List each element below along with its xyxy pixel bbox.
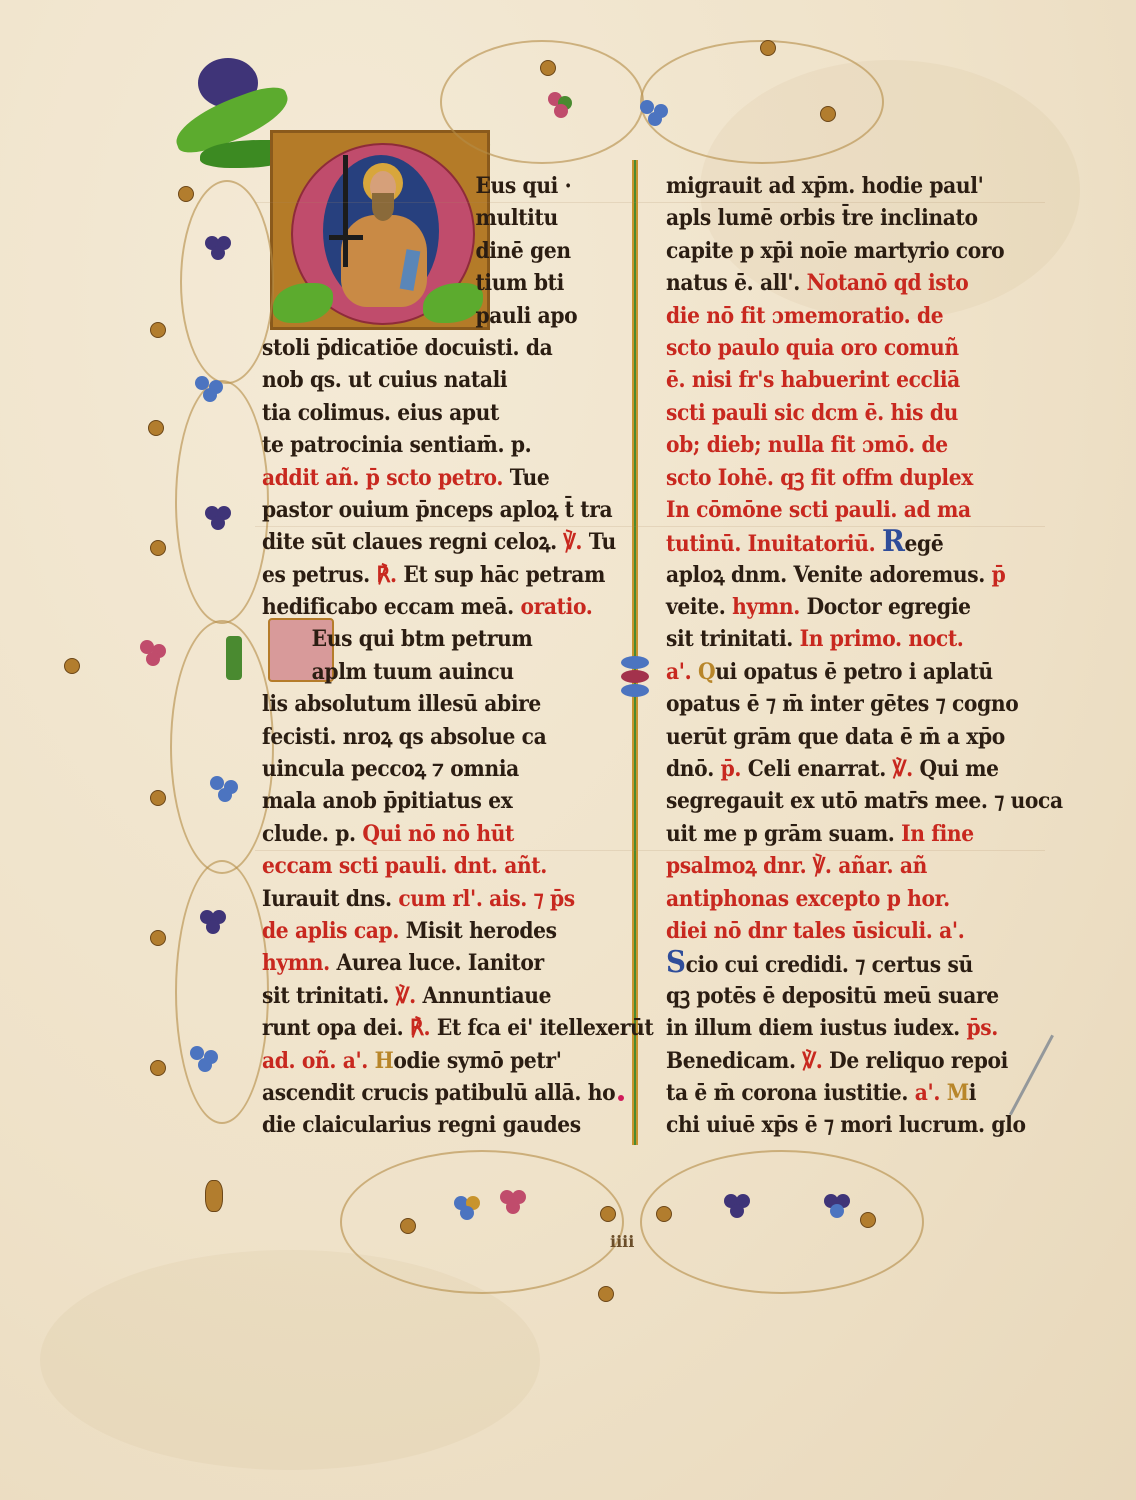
- green-tab-ornament: [226, 636, 242, 680]
- rubric-text: de aplis cap.: [262, 918, 406, 944]
- violet-flower-icon: [824, 1194, 854, 1220]
- ink-text: Aurea luce. Ianitor: [337, 950, 544, 976]
- violet-flower-icon: [724, 1194, 754, 1220]
- text-line: stoli p̄dicatiōe docuisti. da: [262, 332, 601, 364]
- rubric-text: p̄s.: [966, 1015, 997, 1041]
- rubric-text: cum rl'. ais. ⁊ p̄s: [398, 886, 574, 912]
- rubric-text: p̄: [992, 562, 1006, 588]
- rubric-text: In cōmōne scti pauli. ad ma: [666, 497, 971, 523]
- rubric-text: ob; dieb; nulla fit ɔmō. de: [666, 432, 948, 458]
- gold-berry: [64, 658, 80, 674]
- ink-text: Eus qui ·: [475, 173, 571, 199]
- text-line: chi uiuē xp̄s ē ⁊ mori lucrum. glo: [666, 1109, 1006, 1141]
- ink-text: Misit herodes: [406, 918, 557, 944]
- text-line: uerūt grām que data ē m̄ a xp̄o: [666, 721, 1006, 753]
- ink-text: Tue: [510, 465, 550, 491]
- gold-initial: Q: [698, 659, 715, 685]
- ink-text: in illum diem iustus iudex.: [666, 1015, 966, 1041]
- ink-text: multitu: [475, 205, 557, 231]
- text-line: lis absolutum illesū abire: [262, 688, 601, 720]
- text-line: eccam scti pauli. dnt. añt.: [262, 850, 601, 882]
- text-line: tutinū. Inuitatoriū. Regē: [666, 526, 1006, 558]
- ink-text: aplm tuum auincu: [312, 659, 514, 685]
- ink-text: Doctor egregie: [807, 594, 971, 620]
- text-line: segregauit ex utō matr̄s mee. ⁊ uoca: [666, 785, 1006, 817]
- text-line: pauli apo: [262, 300, 601, 332]
- text-line: sit trinitati. ℣. Annuntiaue: [262, 980, 601, 1012]
- rubric-text: In primo. noct.: [800, 626, 964, 652]
- text-line: dinē gen: [262, 235, 601, 267]
- text-line: antiphonas excepto p hor.: [666, 883, 1006, 915]
- ink-text: pauli apo: [475, 303, 577, 329]
- ink-text: dnō.: [666, 756, 721, 782]
- rose-flower-icon: [500, 1190, 530, 1216]
- rubric-text: ℟.: [410, 1015, 437, 1041]
- ink-text: uerūt grām que data ē m̄ a xp̄o: [666, 724, 1005, 750]
- text-line: scto Iohē. qꝫ fit offm duplex: [666, 462, 1006, 494]
- ink-text: stoli p̄dicatiōe docuisti. da: [262, 335, 552, 361]
- gold-initial: H: [375, 1048, 394, 1074]
- ink-text: qꝫ potēs ē depositū meū suare: [666, 983, 999, 1009]
- text-line: addit añ. p̄ scto petro. Tue: [262, 462, 601, 494]
- ink-text: lis absolutum illesū abire: [262, 691, 541, 717]
- ink-text: migrauit ad xp̄m. hodie paul': [666, 173, 983, 199]
- gold-vine: [340, 1150, 624, 1294]
- rubric-text: Qui nō nō hūt: [362, 821, 514, 847]
- rubric-text: ē. nisi fr's habuerint eccliā: [666, 367, 960, 393]
- ink-text: nob qs. ut cuius natali: [262, 367, 507, 393]
- text-line: Benedicam. ℣. De reliquo repoi: [666, 1045, 1006, 1077]
- gold-vine: [170, 620, 274, 874]
- ink-text: dinē gen: [475, 238, 570, 264]
- ink-text: uincula peccoꝝ ⁊ omnia: [262, 756, 519, 782]
- rubric-text: scti pauli sic dcm ē. his du: [666, 400, 958, 426]
- ink-text: odie symō petr': [393, 1048, 561, 1074]
- blue-bird-flower-icon: [195, 376, 225, 402]
- ink-text: dite sūt claues regni celoꝝ.: [262, 529, 563, 555]
- text-line: veite. hymn. Doctor egregie: [666, 591, 1006, 623]
- ink-text: Eus qui btm petrum: [312, 626, 533, 652]
- ink-text: uit me p grām suam.: [666, 821, 901, 847]
- blue-bird-flower-icon: [210, 776, 240, 802]
- ink-text: segregauit ex utō matr̄s mee. ⁊ uoca: [666, 788, 1063, 814]
- ink-text: Tu: [589, 529, 616, 555]
- ink-text: De reliquo repoi: [829, 1048, 1008, 1074]
- ink-text: mala anob p̄pitiatus ex: [262, 788, 512, 814]
- text-line: aplm tuum auincu: [262, 656, 601, 688]
- gold-vine: [440, 40, 644, 164]
- gold-berry: [860, 1212, 876, 1228]
- gold-berry: [600, 1206, 616, 1222]
- text-line: migrauit ad xp̄m. hodie paul': [666, 170, 1006, 202]
- text-line: apls lumē orbis t̄re inclinato: [666, 202, 1006, 234]
- text-line: psalmoꝝ dnr. ℣. añar. añ: [666, 850, 1006, 882]
- ink-text: sit trinitati.: [666, 626, 800, 652]
- text-line: Scio cui credidi. ⁊ certus sū: [666, 947, 1006, 979]
- ink-text: Celi enarrat.: [748, 756, 893, 782]
- text-line: clude. p. Qui nō nō hūt: [262, 818, 601, 850]
- rubric-text: die nō fit ɔmemoratio. de: [666, 303, 943, 329]
- gold-berry: [598, 1286, 614, 1302]
- text-line: sit trinitati. In primo. noct.: [666, 623, 1006, 655]
- ink-text: ta ē m̄ corona iustitie.: [666, 1080, 915, 1106]
- ink-text: egē: [905, 531, 944, 557]
- rubric-text: psalmoꝝ dnr. ℣. añar. añ: [666, 853, 927, 879]
- ink-text: es petrus.: [262, 562, 377, 588]
- rubric-text: hymn.: [732, 594, 807, 620]
- text-line: ad. oñ. a'. Hodie symō petr': [262, 1045, 601, 1077]
- ink-text: Benedicam.: [666, 1048, 802, 1074]
- rubric-text: a'.: [915, 1080, 947, 1106]
- text-line: multitu: [262, 202, 601, 234]
- text-line: fecisti. nroꝝ qs absolue ca: [262, 721, 601, 753]
- left-text-column: Eus qui · multitu dinē gen tium bti paul…: [262, 170, 630, 1142]
- column-divider-bar: [632, 160, 638, 1145]
- gold-pendant: [205, 1180, 223, 1212]
- gold-berry: [150, 540, 166, 556]
- gold-berry: [148, 420, 164, 436]
- violet-flower-icon: [205, 506, 235, 532]
- rubric-text: Notanō qd isto: [807, 270, 969, 296]
- ink-text: veite.: [666, 594, 732, 620]
- text-line: Iurauit dns. cum rl'. ais. ⁊ p̄s: [262, 883, 601, 915]
- rubric-text: ℟.: [377, 562, 404, 588]
- blue-initial: R: [882, 524, 905, 559]
- rubric-text: antiphonas excepto p hor.: [666, 886, 950, 912]
- rubric-text: ℣.: [396, 983, 423, 1009]
- folio-number: iiii: [610, 1232, 634, 1251]
- ink-text: die claicularius regni gaudes: [262, 1112, 581, 1138]
- text-line: uit me p grām suam. In fine: [666, 818, 1006, 850]
- rubric-text: ℣.: [893, 756, 920, 782]
- text-line: dnō. p̄. Celi enarrat. ℣. Qui me: [666, 753, 1006, 785]
- gold-berry: [656, 1206, 672, 1222]
- ink-text: hedificabo eccam meā.: [262, 594, 520, 620]
- text-line: mala anob p̄pitiatus ex: [262, 785, 601, 817]
- gold-berry: [178, 186, 194, 202]
- text-line: de aplis cap. Misit herodes: [262, 915, 601, 947]
- ink-text: tium bti: [475, 270, 563, 296]
- ink-text: pastor ouium p̄nceps aploꝝ t̄ tra: [262, 497, 612, 523]
- text-line: ob; dieb; nulla fit ɔmō. de: [666, 429, 1006, 461]
- gold-berry: [150, 322, 166, 338]
- gold-berry: [820, 106, 836, 122]
- blue-bird-flower-icon: [640, 100, 670, 126]
- blue-flower-icon: [454, 1196, 484, 1222]
- rubric-text: oratio.: [520, 594, 592, 620]
- rubric-text: eccam scti pauli. dnt. añt.: [262, 853, 547, 879]
- rubric-text: hymn.: [262, 950, 337, 976]
- rubric-text: a'.: [666, 659, 698, 685]
- gold-vine: [175, 380, 269, 624]
- text-line: Eus qui btm petrum: [262, 623, 601, 655]
- text-line: uincula peccoꝝ ⁊ omnia: [262, 753, 601, 785]
- ink-text: te patrocinia sentiam̄. p.: [262, 432, 531, 458]
- right-text-column: migrauit ad xp̄m. hodie paul' apls lumē …: [666, 170, 1036, 1142]
- gold-berry: [150, 930, 166, 946]
- ink-text: Et fca ei' itellexerūt: [437, 1015, 654, 1041]
- text-line: es petrus. ℟. Et sup hāc petram: [262, 559, 601, 591]
- text-line: Eus qui ·: [262, 170, 601, 202]
- text-line: tia colimus. eius aput: [262, 397, 601, 429]
- text-line: scto paulo quia oro comuñ: [666, 332, 1006, 364]
- text-line: runt opa dei. ℟. Et fca ei' itellexerūt: [262, 1012, 601, 1044]
- ink-text: clude. p.: [262, 821, 362, 847]
- text-line: in illum diem iustus iudex. p̄s.: [666, 1012, 1006, 1044]
- text-line: aploꝝ dnm. Venite adoremus. p̄: [666, 559, 1006, 591]
- text-line: capite p xp̄i noīe martyrio coro: [666, 235, 1006, 267]
- text-line: dite sūt claues regni celoꝝ. ℣. Tu: [262, 526, 601, 558]
- gold-vine: [175, 860, 269, 1124]
- gold-berry: [760, 40, 776, 56]
- rubric-text: scto Iohē. qꝫ fit offm duplex: [666, 465, 973, 491]
- text-line: a'. Qui opatus ē petro i aplatū: [666, 656, 1006, 688]
- rubric-text: ℣.: [802, 1048, 829, 1074]
- ink-text: sit trinitati.: [262, 983, 396, 1009]
- gold-berry: [150, 790, 166, 806]
- text-line: die nō fit ɔmemoratio. de: [666, 300, 1006, 332]
- ink-text: Iurauit dns.: [262, 886, 398, 912]
- rubric-text: scto paulo quia oro comuñ: [666, 335, 959, 361]
- ink-text: fecisti. nroꝝ qs absolue ca: [262, 724, 546, 750]
- gold-berry: [150, 1060, 166, 1076]
- gold-berry: [540, 60, 556, 76]
- rubric-text: tutinū. Inuitatoriū.: [666, 531, 882, 557]
- ink-text: Et sup hāc petram: [403, 562, 605, 588]
- text-line: scti pauli sic dcm ē. his du: [666, 397, 1006, 429]
- rose-flower-icon: [548, 92, 578, 118]
- text-line: In cōmōne scti pauli. ad ma: [666, 494, 1006, 526]
- text-line: ē. nisi fr's habuerint eccliā: [666, 364, 1006, 396]
- gold-berry: [400, 1218, 416, 1234]
- text-line: diei nō dnr tales ūsiculi. a'.: [666, 915, 1006, 947]
- ink-text: aploꝝ dnm. Venite adoremus.: [666, 562, 992, 588]
- gold-initial: M: [947, 1080, 969, 1106]
- manuscript-page: Eus qui · multitu dinē gen tium bti paul…: [0, 0, 1136, 1500]
- text-line: die claicularius regni gaudes: [262, 1109, 601, 1141]
- text-line: nob qs. ut cuius natali: [262, 364, 601, 396]
- red-dot-mark: [618, 1095, 624, 1101]
- rubric-text: diei nō dnr tales ūsiculi. a'.: [666, 918, 964, 944]
- violet-flower-icon: [205, 236, 235, 262]
- text-line: hymn. Aurea luce. Ianitor: [262, 947, 601, 979]
- ink-text: ascendit crucis patibulū allā. ho: [262, 1080, 615, 1106]
- ink-text: i: [969, 1080, 976, 1106]
- blue-bird-flower-icon: [190, 1046, 220, 1072]
- text-line: hedificabo eccam meā. oratio.: [262, 591, 601, 623]
- ink-text: natus ē. all'.: [666, 270, 807, 296]
- rubric-text: ad. oñ. a'.: [262, 1048, 375, 1074]
- ink-text: Annuntiaue: [423, 983, 552, 1009]
- gold-vine: [640, 40, 884, 164]
- gold-vine: [180, 180, 274, 384]
- rubric-text: p̄.: [721, 756, 748, 782]
- rubric-text: addit añ. p̄ scto petro.: [262, 465, 510, 491]
- ink-text: opatus ē ⁊ m̄ inter gētes ⁊ cogno: [666, 691, 1018, 717]
- ink-text: ui opatus ē petro i aplatū: [715, 659, 993, 685]
- violet-flower-icon: [200, 910, 230, 936]
- ink-text: Qui me: [919, 756, 998, 782]
- blue-initial: S: [666, 945, 686, 980]
- rubric-text: ℣.: [563, 529, 588, 555]
- rubric-text: In fine: [901, 821, 974, 847]
- rose-flower-icon: [140, 640, 170, 666]
- text-line: ta ē m̄ corona iustitie. a'. Mi: [666, 1077, 1006, 1109]
- ink-text: tia colimus. eius aput: [262, 400, 499, 426]
- ink-text: capite p xp̄i noīe martyrio coro: [666, 238, 1004, 264]
- ink-text: cio cui credidi. ⁊ certus sū: [686, 952, 973, 978]
- ink-text: chi uiuē xp̄s ē ⁊ mori lucrum. glo: [666, 1112, 1026, 1138]
- text-line: te patrocinia sentiam̄. p.: [262, 429, 601, 461]
- text-line: natus ē. all'. Notanō qd isto: [666, 267, 1006, 299]
- text-line: ascendit crucis patibulū allā. ho: [262, 1077, 601, 1109]
- text-line: opatus ē ⁊ m̄ inter gētes ⁊ cogno: [666, 688, 1006, 720]
- text-line: qꝫ potēs ē depositū meū suare: [666, 980, 1006, 1012]
- ink-text: runt opa dei.: [262, 1015, 410, 1041]
- text-line: pastor ouium p̄nceps aploꝝ t̄ tra: [262, 494, 601, 526]
- gold-vine: [640, 1150, 924, 1294]
- text-line: tium bti: [262, 267, 601, 299]
- ink-text: apls lumē orbis t̄re inclinato: [666, 205, 978, 231]
